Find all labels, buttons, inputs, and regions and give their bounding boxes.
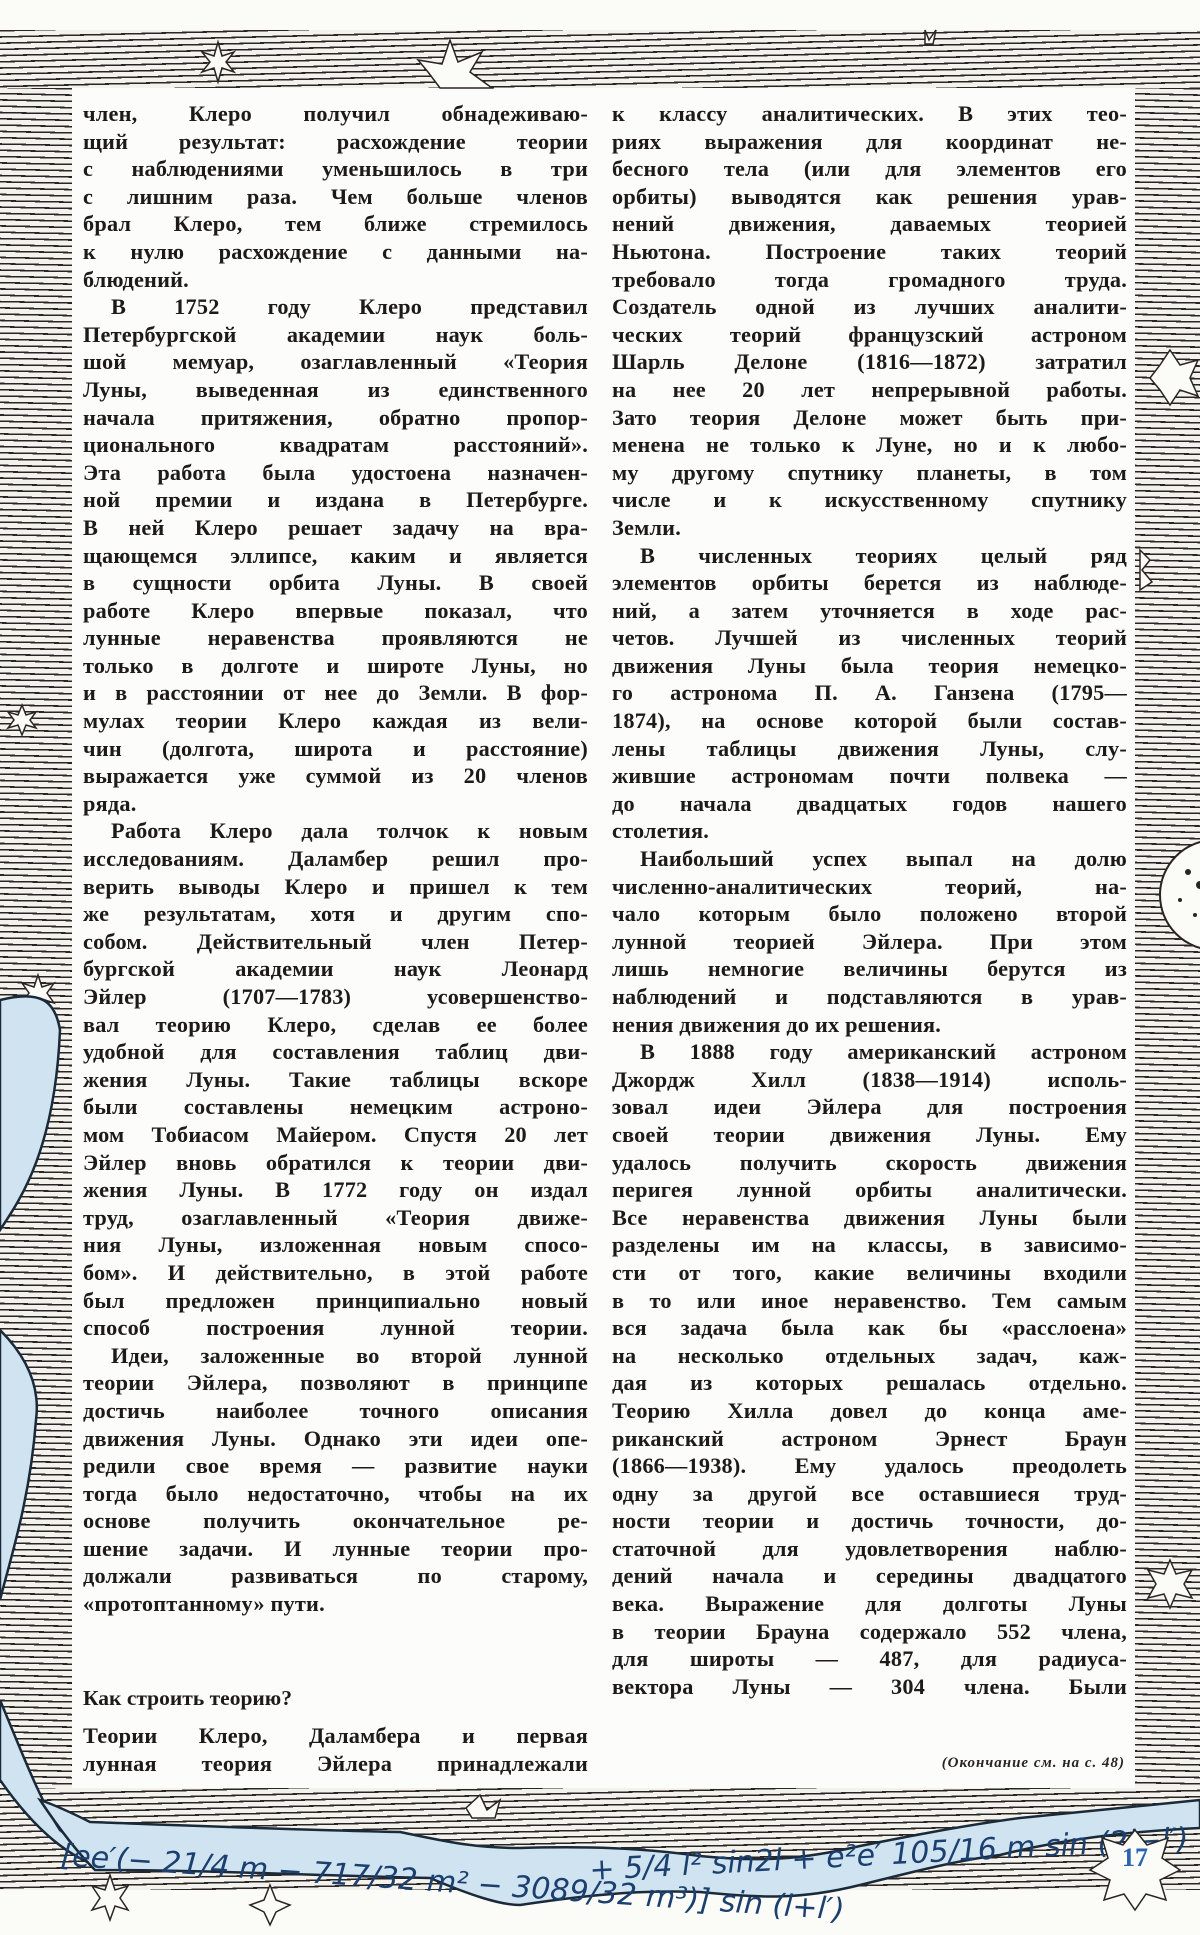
text-line: же результатам, хотя и другим спо- bbox=[83, 900, 588, 928]
text-line: Земли. bbox=[612, 514, 1127, 542]
article-column-right: к классу аналитических. В этих тео- риях… bbox=[612, 100, 1127, 1700]
text-line: Идеи, заложенные во второй лунной bbox=[83, 1342, 588, 1370]
text-line: с наблюдениями уменьшилось в три bbox=[83, 155, 588, 183]
text-line: мулах теории Клеро каждая из вели- bbox=[83, 707, 588, 735]
text-line: верить выводы Клеро и пришел к тем bbox=[83, 873, 588, 901]
text-line: основе получить окончательное ре- bbox=[83, 1507, 588, 1535]
text-line: элементов орбиты берется из наблюде- bbox=[612, 569, 1127, 597]
text-line: должали развиваться по старому, bbox=[83, 1562, 588, 1590]
text-line: вектора Луны — 304 члена. Были bbox=[612, 1673, 1127, 1701]
text-line: риях выражения для координат не- bbox=[612, 128, 1127, 156]
text-line: начала притяжения, обратно пропор- bbox=[83, 404, 588, 432]
text-line: дая из которых решалась отдельно. bbox=[612, 1369, 1127, 1397]
text-line: В 1752 году Клеро представил bbox=[83, 293, 588, 321]
text-line: жения Луны. В 1772 году он издал bbox=[83, 1176, 588, 1204]
text-line: ний, а затем уточняется в ходе рас- bbox=[612, 597, 1127, 625]
text-line: В 1888 году американский астроном bbox=[612, 1038, 1127, 1066]
hatched-border-top bbox=[0, 30, 1200, 90]
text-line: вал теорию Клеро, сделав ее более bbox=[83, 1011, 588, 1039]
page-number: 17 bbox=[1110, 1843, 1160, 1873]
text-line: 1874), на основе которой были состав- bbox=[612, 707, 1127, 735]
text-line: Создатель одной из лучших аналити- bbox=[612, 293, 1127, 321]
text-line: в теории Брауна содержало 552 члена, bbox=[612, 1618, 1127, 1646]
text-line: и в расстоянии от нее до Земли. В фор- bbox=[83, 679, 588, 707]
text-line: были составлены немецким астроно- bbox=[83, 1093, 588, 1121]
text-line: шение задачи. И лунные теории про- bbox=[83, 1535, 588, 1563]
text-line: бургской академии наук Леонард bbox=[83, 955, 588, 983]
text-line: нения движения до их решения. bbox=[612, 1011, 1127, 1039]
text-line: ческих теорий французский астроном bbox=[612, 321, 1127, 349]
text-line: к нулю расхождение с данными на- bbox=[83, 238, 588, 266]
text-line: сти от того, какие величины входили bbox=[612, 1259, 1127, 1287]
text-line: «протоптанному» пути. bbox=[83, 1590, 588, 1618]
text-line: четов. Лучшей из численных теорий bbox=[612, 624, 1127, 652]
text-line: жения Луны. Такие таблицы вскоре bbox=[83, 1066, 588, 1094]
text-line: щий результат: расхождение теории bbox=[83, 128, 588, 156]
text-line: выражается уже суммой из 20 членов bbox=[83, 762, 588, 790]
hatched-border-left bbox=[0, 88, 72, 1788]
text-line: статочной для удовлетворения наблю- bbox=[612, 1535, 1127, 1563]
text-line: удалось получить скорость движения bbox=[612, 1149, 1127, 1177]
text-line: ционального квадратам расстояний». bbox=[83, 431, 588, 459]
text-line: Теорию Хилла довел до конца аме- bbox=[612, 1397, 1127, 1425]
text-line: Луны, выведенная из единственного bbox=[83, 376, 588, 404]
text-line: лишь немногие величины берутся из bbox=[612, 955, 1127, 983]
text-line: блюдений. bbox=[83, 266, 588, 294]
text-line: Шарль Делоне (1816—1872) затратил bbox=[612, 348, 1127, 376]
article-column-left-tail: Теории Клеро, Даламбера и первая лунная … bbox=[83, 1722, 588, 1777]
text-line: шой мемуар, озаглавленный «Теория bbox=[83, 348, 588, 376]
text-line: щающемся эллипсе, каким и является bbox=[83, 542, 588, 570]
text-line: Теории Клеро, Даламбера и первая bbox=[83, 1722, 588, 1750]
text-line: В ней Клеро решает задачу на вра- bbox=[83, 514, 588, 542]
text-line: перигея лунной орбиты аналитически. bbox=[612, 1176, 1127, 1204]
text-line: брал Клеро, тем ближе стремилось bbox=[83, 210, 588, 238]
hatched-border-bottom bbox=[0, 1788, 1200, 1890]
text-line: Эта работа была удостоена назначен- bbox=[83, 459, 588, 487]
text-line: нений движения, даваемых теорией bbox=[612, 210, 1127, 238]
text-line: Работа Клеро дала толчок к новым bbox=[83, 817, 588, 845]
article-column-left: член, Клеро получил обнадеживаю- щий рез… bbox=[83, 100, 588, 1618]
text-line: лены таблицы движения Луны, слу- bbox=[612, 735, 1127, 763]
text-line: в сущности орбита Луны. В своей bbox=[83, 569, 588, 597]
text-line: мом Тобиасом Майером. Спустя 20 лет bbox=[83, 1121, 588, 1149]
text-line: движения Луны была теория немецко- bbox=[612, 652, 1127, 680]
text-line: Эйлер (1707—1783) усовершенство- bbox=[83, 983, 588, 1011]
text-line: тогда было недостаточно, чтобы на их bbox=[83, 1480, 588, 1508]
text-line: Наибольший успех выпал на долю bbox=[612, 845, 1127, 873]
text-line: к классу аналитических. В этих тео- bbox=[612, 100, 1127, 128]
text-line: бом». И действительно, в этой работе bbox=[83, 1259, 588, 1287]
text-line: движения Луны. Однако эти идеи опе- bbox=[83, 1425, 588, 1453]
text-line: зовал идеи Эйлера для построения bbox=[612, 1093, 1127, 1121]
text-line: орбиты) выводятся как решения урав- bbox=[612, 183, 1127, 211]
text-line: века. Выражение для долготы Луны bbox=[612, 1590, 1127, 1618]
text-line: (1866—1938). Ему удалось преодолеть bbox=[612, 1452, 1127, 1480]
text-line: до начала двадцатых годов нашего bbox=[612, 790, 1127, 818]
text-line: наблюдений и подставляются в урав- bbox=[612, 983, 1127, 1011]
text-line: достичь наиболее точного описания bbox=[83, 1397, 588, 1425]
text-line: на несколько отдельных задач, каж- bbox=[612, 1342, 1127, 1370]
text-line: ряда. bbox=[83, 790, 588, 818]
hatched-border-right bbox=[1135, 88, 1200, 1788]
text-line: жившие астрономам почти полвека — bbox=[612, 762, 1127, 790]
text-line: с лишним раза. Чем больше членов bbox=[83, 183, 588, 211]
text-line: Все неравенства движения Луны были bbox=[612, 1204, 1127, 1232]
text-line: член, Клеро получил обнадеживаю- bbox=[83, 100, 588, 128]
text-line: работе Клеро впервые показал, что bbox=[83, 597, 588, 625]
text-line: столетия. bbox=[612, 817, 1127, 845]
text-line: числе и к искусственному спутнику bbox=[612, 486, 1127, 514]
text-line: бесного тела (или для элементов его bbox=[612, 155, 1127, 183]
text-line: ния Луны, изложенная новым спосо- bbox=[83, 1231, 588, 1259]
text-line: собом. Действительный член Петер- bbox=[83, 928, 588, 956]
text-line: был предложен принципиально новый bbox=[83, 1287, 588, 1315]
text-line: редили свое время — развитие науки bbox=[83, 1452, 588, 1480]
text-line: удобной для составления таблиц дви- bbox=[83, 1038, 588, 1066]
text-line: вся задача была как бы «расслоена» bbox=[612, 1314, 1127, 1342]
text-line: лунная теория Эйлера принадлежали bbox=[83, 1750, 588, 1778]
text-line: лунной теорией Эйлера. При этом bbox=[612, 928, 1127, 956]
text-line: Петербургской академии наук боль- bbox=[83, 321, 588, 349]
text-line: численно-аналитических теорий, на- bbox=[612, 873, 1127, 901]
text-line: ности теории и достичь точности, до- bbox=[612, 1507, 1127, 1535]
continued-note: (Окончание см. на с. 48) bbox=[942, 1755, 1125, 1772]
text-line: требовало тогда громадного труда. bbox=[612, 266, 1127, 294]
text-line: ной премии и издана в Петербурге. bbox=[83, 486, 588, 514]
text-line: риканский астроном Эрнест Браун bbox=[612, 1425, 1127, 1453]
text-line: труд, озаглавленный «Теория движе- bbox=[83, 1204, 588, 1232]
text-line: Джордж Хилл (1838—1914) исполь- bbox=[612, 1066, 1127, 1094]
text-line: Ньютона. Построение таких теорий bbox=[612, 238, 1127, 266]
text-line: на нее 20 лет непрерывной работы. bbox=[612, 376, 1127, 404]
text-line: чало которым было положено второй bbox=[612, 900, 1127, 928]
text-line: дений начала и середины двадцатого bbox=[612, 1562, 1127, 1590]
text-line: го астронома П. А. Ганзена (1795— bbox=[612, 679, 1127, 707]
text-line: Зато теория Делоне может быть при- bbox=[612, 404, 1127, 432]
text-line: только в долготе и широте Луны, но bbox=[83, 652, 588, 680]
text-line: лунные неравенства проявляются не bbox=[83, 624, 588, 652]
text-line: для широты — 487, для радиуса- bbox=[612, 1645, 1127, 1673]
text-line: чин (долгота, широта и расстояние) bbox=[83, 735, 588, 763]
text-line: своей теории движения Луны. Ему bbox=[612, 1121, 1127, 1149]
section-subheading: Как строить теорию? bbox=[83, 1686, 292, 1711]
text-line: способ построения лунной теории. bbox=[83, 1314, 588, 1342]
text-line: в то или иное неравенство. Тем самым bbox=[612, 1287, 1127, 1315]
text-line: одну за другой все оставшиеся труд- bbox=[612, 1480, 1127, 1508]
text-line: разделены им на классы, в зависимо- bbox=[612, 1231, 1127, 1259]
text-line: исследованиям. Даламбер решил про- bbox=[83, 845, 588, 873]
text-line: му другому спутнику планеты, в том bbox=[612, 459, 1127, 487]
text-line: В численных теориях целый ряд bbox=[612, 542, 1127, 570]
text-line: Эйлер вновь обратился к теории дви- bbox=[83, 1149, 588, 1177]
text-line: теории Эйлера, позволяют в принципе bbox=[83, 1369, 588, 1397]
text-line: менена не только к Луне, но и к любо- bbox=[612, 431, 1127, 459]
